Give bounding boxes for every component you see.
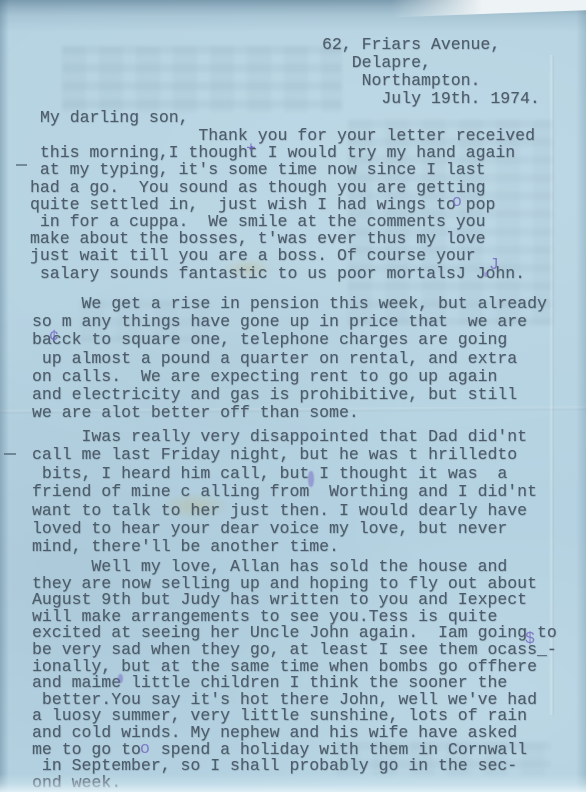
paper-edge-shading-right	[576, 0, 586, 792]
letter-paragraph-4: Well my love, Allan has sold the house a…	[32, 559, 557, 791]
sender-address-block: 62, Friars Avenue, Delapre, Northampton.…	[322, 36, 540, 108]
letter-paragraph-1: Thank you for your letter received this …	[30, 127, 535, 282]
bleedthrough-text-smudge	[62, 46, 342, 112]
letter-paragraph-3: Iwas really very disappointed that Dad d…	[32, 428, 537, 557]
salutation: My darling son,	[40, 109, 189, 127]
paper-torn-corner-top-right	[392, 0, 586, 17]
paper-edge-shading-left	[0, 0, 9, 792]
letter-paragraph-2: We get a rise in pension this week, but …	[32, 295, 547, 422]
paper-edge-shading-top	[0, 0, 586, 32]
margin-dash-mark	[16, 164, 27, 166]
letter-page: 62, Friars Avenue, Delapre, Northampton.…	[0, 0, 586, 792]
margin-dash-mark	[4, 453, 16, 455]
